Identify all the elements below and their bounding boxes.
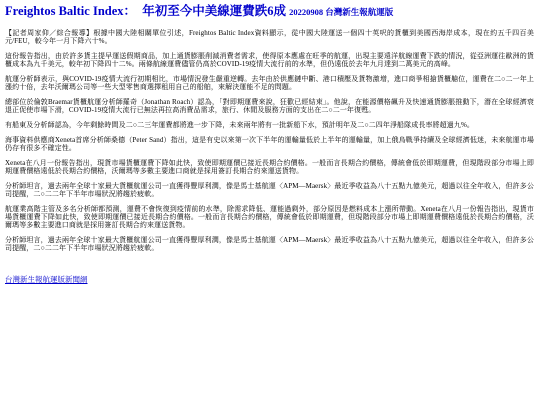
article-paragraph: 海事資料供應商Xeneta首席分析師桑德（Peter Sand）指出，這是有史以… — [5, 136, 534, 152]
headline-date-source: 20220908 台灣新生報航運版 — [289, 7, 393, 17]
article-paragraph: 這份報告指出，由於許多貨主提早運送假期商品，加上通貨膨脹削減消費者需求，使得原本… — [5, 52, 534, 68]
article-paragraph: 【記者周家仰／綜合報導】根據中國大陸相關單位引述，Freightos Balti… — [5, 29, 534, 45]
article-headline: Freightos Baltic Index： 年初至今中美線運費跌6成 202… — [5, 4, 534, 20]
article-paragraph: 總部位於倫敦Braemar貨櫃航運分析師羅奇（Jonathan Roach）認為… — [5, 98, 534, 114]
source-news-link[interactable]: 台灣新生報航運版新聞網 — [5, 275, 88, 284]
article-page: Freightos Baltic Index： 年初至今中美線運費跌6成 202… — [0, 0, 540, 287]
headline-main: Freightos Baltic Index： 年初至今中美線運費跌6成 — [5, 4, 286, 18]
article-body: 【記者周家仰／綜合報導】根據中國大陸相關單位引述，Freightos Balti… — [5, 29, 534, 252]
article-paragraph: 航運分析師表示，與COVID-19疫情大流行初期相比，市場情況發生嚴重逆轉。去年… — [5, 75, 534, 91]
article-paragraph: Xeneta在八月一份報告指出，現貨市場貨櫃運費下降如此快，致使即期運價已接近長… — [5, 159, 534, 175]
article-paragraph: 有船東及分析師認為，今年剩餘時間及二○二三年運費都將進一步下降，未來兩年將有一批… — [5, 121, 534, 129]
article-paragraph: 分析師坦言，過去兩年全球十家最大貨櫃航運公司一直獲得豐厚利潤，像是馬士基航運〈A… — [5, 182, 534, 198]
article-paragraph: 分析師坦言，過去兩年全球十家最大貨櫃航運公司一直獲得豐厚利潤，像是馬士基航運〈A… — [5, 236, 534, 252]
article-paragraph: 航運業高階主管及多名分析師都預測，運費不會恢復到疫情前的水準，除需求降低、運能過… — [5, 205, 534, 229]
